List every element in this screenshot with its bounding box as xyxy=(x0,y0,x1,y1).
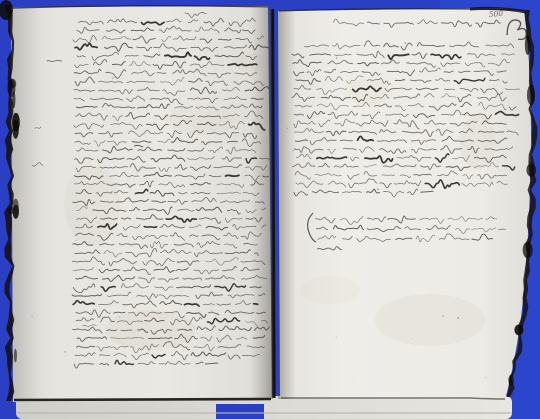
handwriting-word xyxy=(226,175,239,176)
folio-number: 500 xyxy=(488,9,503,19)
handwriting-word xyxy=(121,218,130,219)
background-gap xyxy=(216,404,264,419)
handwriting-word xyxy=(294,114,303,115)
manuscript-scene: 500 xyxy=(0,0,540,419)
handwriting-word xyxy=(444,89,455,90)
handwriting-word xyxy=(254,304,258,305)
manuscript-photo: 500 xyxy=(0,0,540,419)
left-page-bottom-edge xyxy=(14,399,271,400)
gutter-fold xyxy=(271,9,274,398)
handwriting-word xyxy=(144,227,157,228)
